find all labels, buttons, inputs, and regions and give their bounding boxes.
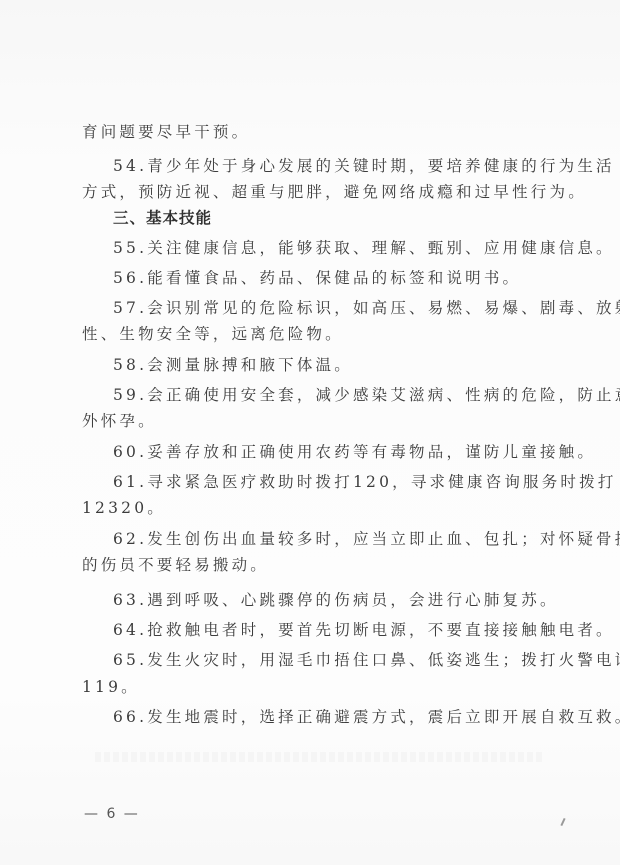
item-64: 64.抢救触电者时，要首先切断电源，不要直接接触触电者。 <box>113 620 615 640</box>
item-66: 66.发生地震时，选择正确避震方式，震后立即开展自救互救。 <box>113 707 620 727</box>
item-59: 59.会正确使用安全套，减少感染艾滋病、性病的危险，防止意 <box>113 385 620 405</box>
section-heading-basic-skills: 三、基本技能 <box>113 208 212 228</box>
text-line: 育问题要尽早干预。 <box>82 122 250 142</box>
item-60: 60.妥善存放和正确使用农药等有毒物品，谨防儿童接触。 <box>113 442 596 462</box>
document-page: 育问题要尽早干预。 54.青少年处于身心发展的关键时期，要培养健康的行为生活 方… <box>0 0 620 865</box>
text-line: 方式，预防近视、超重与肥胖，避免网络成瘾和过早性行为。 <box>82 182 587 202</box>
item-65: 65.发生火灾时，用湿毛巾捂住口鼻、低姿逃生；拨打火警电话 <box>113 650 620 670</box>
text-line: 的伤员不要轻易搬动。 <box>82 555 269 575</box>
item-57: 57.会识别常见的危险标识，如高压、易燃、易爆、剧毒、放射 <box>113 298 620 318</box>
text-line: 性、生物安全等，远离危险物。 <box>82 324 344 344</box>
item-54: 54.青少年处于身心发展的关键时期，要培养健康的行为生活 <box>113 156 615 176</box>
item-56: 56.能看懂食品、药品、保健品的标签和说明书。 <box>113 268 521 288</box>
scan-mark <box>560 818 565 826</box>
item-55: 55.关注健康信息，能够获取、理解、甄别、应用健康信息。 <box>113 238 615 258</box>
item-61: 61.寻求紧急医疗救助时拨打120，寻求健康咨询服务时拨打 <box>113 472 617 492</box>
item-63: 63.遇到呼吸、心跳骤停的伤病员，会进行心肺复苏。 <box>113 590 559 610</box>
bleed-through-shadow <box>95 752 545 762</box>
text-line: 外怀孕。 <box>82 411 157 431</box>
text-line: 119。 <box>82 677 140 697</box>
text-line: 12320。 <box>82 498 166 518</box>
item-62: 62.发生创伤出血量较多时，应当立即止血、包扎；对怀疑骨折 <box>113 529 620 549</box>
item-58: 58.会测量脉搏和腋下体温。 <box>113 355 353 375</box>
page-number: — 6 — <box>84 806 140 822</box>
